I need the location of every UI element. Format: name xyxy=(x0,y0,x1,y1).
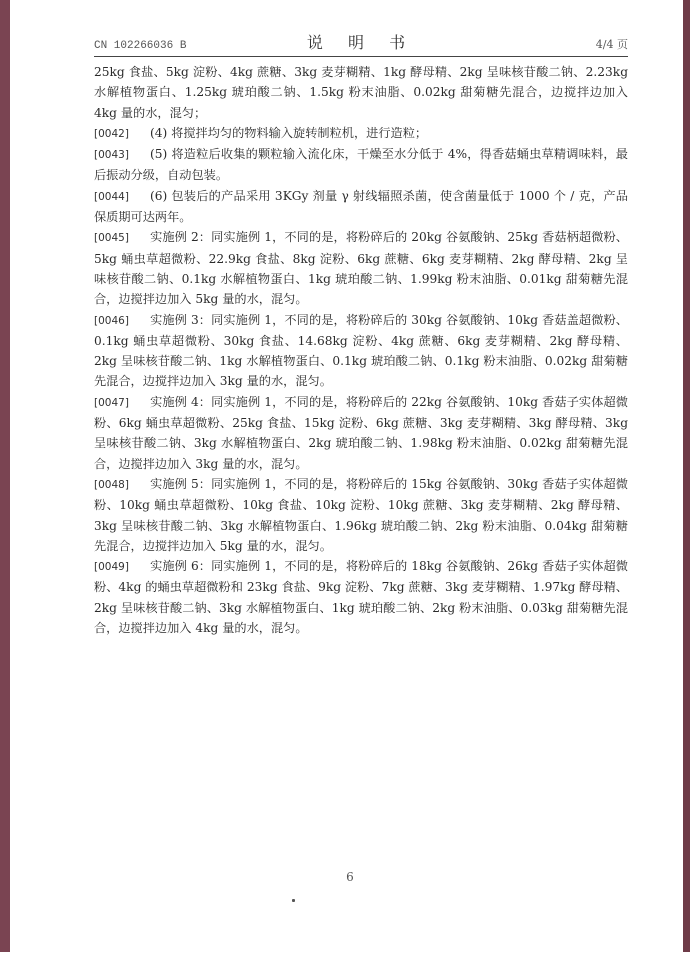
paragraph-number: [0042] xyxy=(94,124,150,144)
paragraph-0045: [0045]实施例 2：同实施例 1，不同的是，将粉碎后的 20kg 谷氨酸钠、… xyxy=(94,227,628,309)
paragraph-number: [0045] xyxy=(94,228,150,248)
paragraph-0042: [0042](4) 将搅拌均匀的物料输入旋转制粒机，进行造粒； xyxy=(94,123,628,144)
paragraph-text: 实施例 6：同实施例 1，不同的是，将粉碎后的 18kg 谷氨酸钠、26kg 香… xyxy=(94,559,628,635)
paragraph-text: 25kg 食盐、5kg 淀粉、4kg 蔗糖、3kg 麦芽糊精、1kg 酵母精、2… xyxy=(94,65,628,120)
paragraph-number: [0046] xyxy=(94,311,150,331)
page-header: CN 102266036 B 说 明 书 4/4 页 xyxy=(94,34,628,57)
paragraph-number: [0044] xyxy=(94,187,150,207)
paragraph-text: 实施例 5：同实施例 1，不同的是，将粉碎后的 15kg 谷氨酸钠、30kg 香… xyxy=(94,477,628,553)
paragraph-0046: [0046]实施例 3：同实施例 1，不同的是，将粉碎后的 30kg 谷氨酸钠、… xyxy=(94,310,628,392)
document-body: 25kg 食盐、5kg 淀粉、4kg 蔗糖、3kg 麦芽糊精、1kg 酵母精、2… xyxy=(94,62,628,638)
paragraph-text: 实施例 3：同实施例 1，不同的是，将粉碎后的 30kg 谷氨酸钠、10kg 香… xyxy=(94,313,628,389)
paragraph-text: 实施例 4：同实施例 1，不同的是，将粉碎后的 22kg 谷氨酸钠、10kg 香… xyxy=(94,395,628,471)
paragraph-0043: [0043](5) 将造粒后收集的颗粒输入流化床，干燥至水分低于 4%，得香菇蛹… xyxy=(94,144,628,186)
paragraph-text: (5) 将造粒后收集的颗粒输入流化床，干燥至水分低于 4%，得香菇蛹虫草精调味料… xyxy=(94,147,628,182)
paragraph-number: [0048] xyxy=(94,475,150,495)
paragraph-0048: [0048]实施例 5：同实施例 1，不同的是，将粉碎后的 15kg 谷氨酸钠、… xyxy=(94,474,628,556)
paragraph-text: 实施例 2：同实施例 1，不同的是，将粉碎后的 20kg 谷氨酸钠、25kg 香… xyxy=(94,230,628,306)
paragraph-number: [0043] xyxy=(94,145,150,165)
paragraph-0047: [0047]实施例 4：同实施例 1，不同的是，将粉碎后的 22kg 谷氨酸钠、… xyxy=(94,392,628,474)
page-indicator: 4/4 页 xyxy=(596,36,628,52)
paragraph-text: (6) 包装后的产品采用 3KGy 剂量 γ 射线辐照杀菌，使含菌量低于 100… xyxy=(94,189,628,224)
paragraph-number: [0049] xyxy=(94,557,150,577)
document-title: 说 明 书 xyxy=(94,30,628,53)
scan-speck xyxy=(292,899,295,902)
paragraph-0044: [0044](6) 包装后的产品采用 3KGy 剂量 γ 射线辐照杀菌，使含菌量… xyxy=(94,186,628,228)
paragraph-number: [0047] xyxy=(94,393,150,413)
paragraph-continuation: 25kg 食盐、5kg 淀粉、4kg 蔗糖、3kg 麦芽糊精、1kg 酵母精、2… xyxy=(94,62,628,123)
page-number: 6 xyxy=(325,870,375,884)
paragraph-0049: [0049]实施例 6：同实施例 1，不同的是，将粉碎后的 18kg 谷氨酸钠、… xyxy=(94,556,628,638)
scan-edge-left xyxy=(0,0,10,952)
paragraph-text: (4) 将搅拌均匀的物料输入旋转制粒机，进行造粒； xyxy=(150,126,427,140)
scan-edge-right xyxy=(683,0,690,952)
